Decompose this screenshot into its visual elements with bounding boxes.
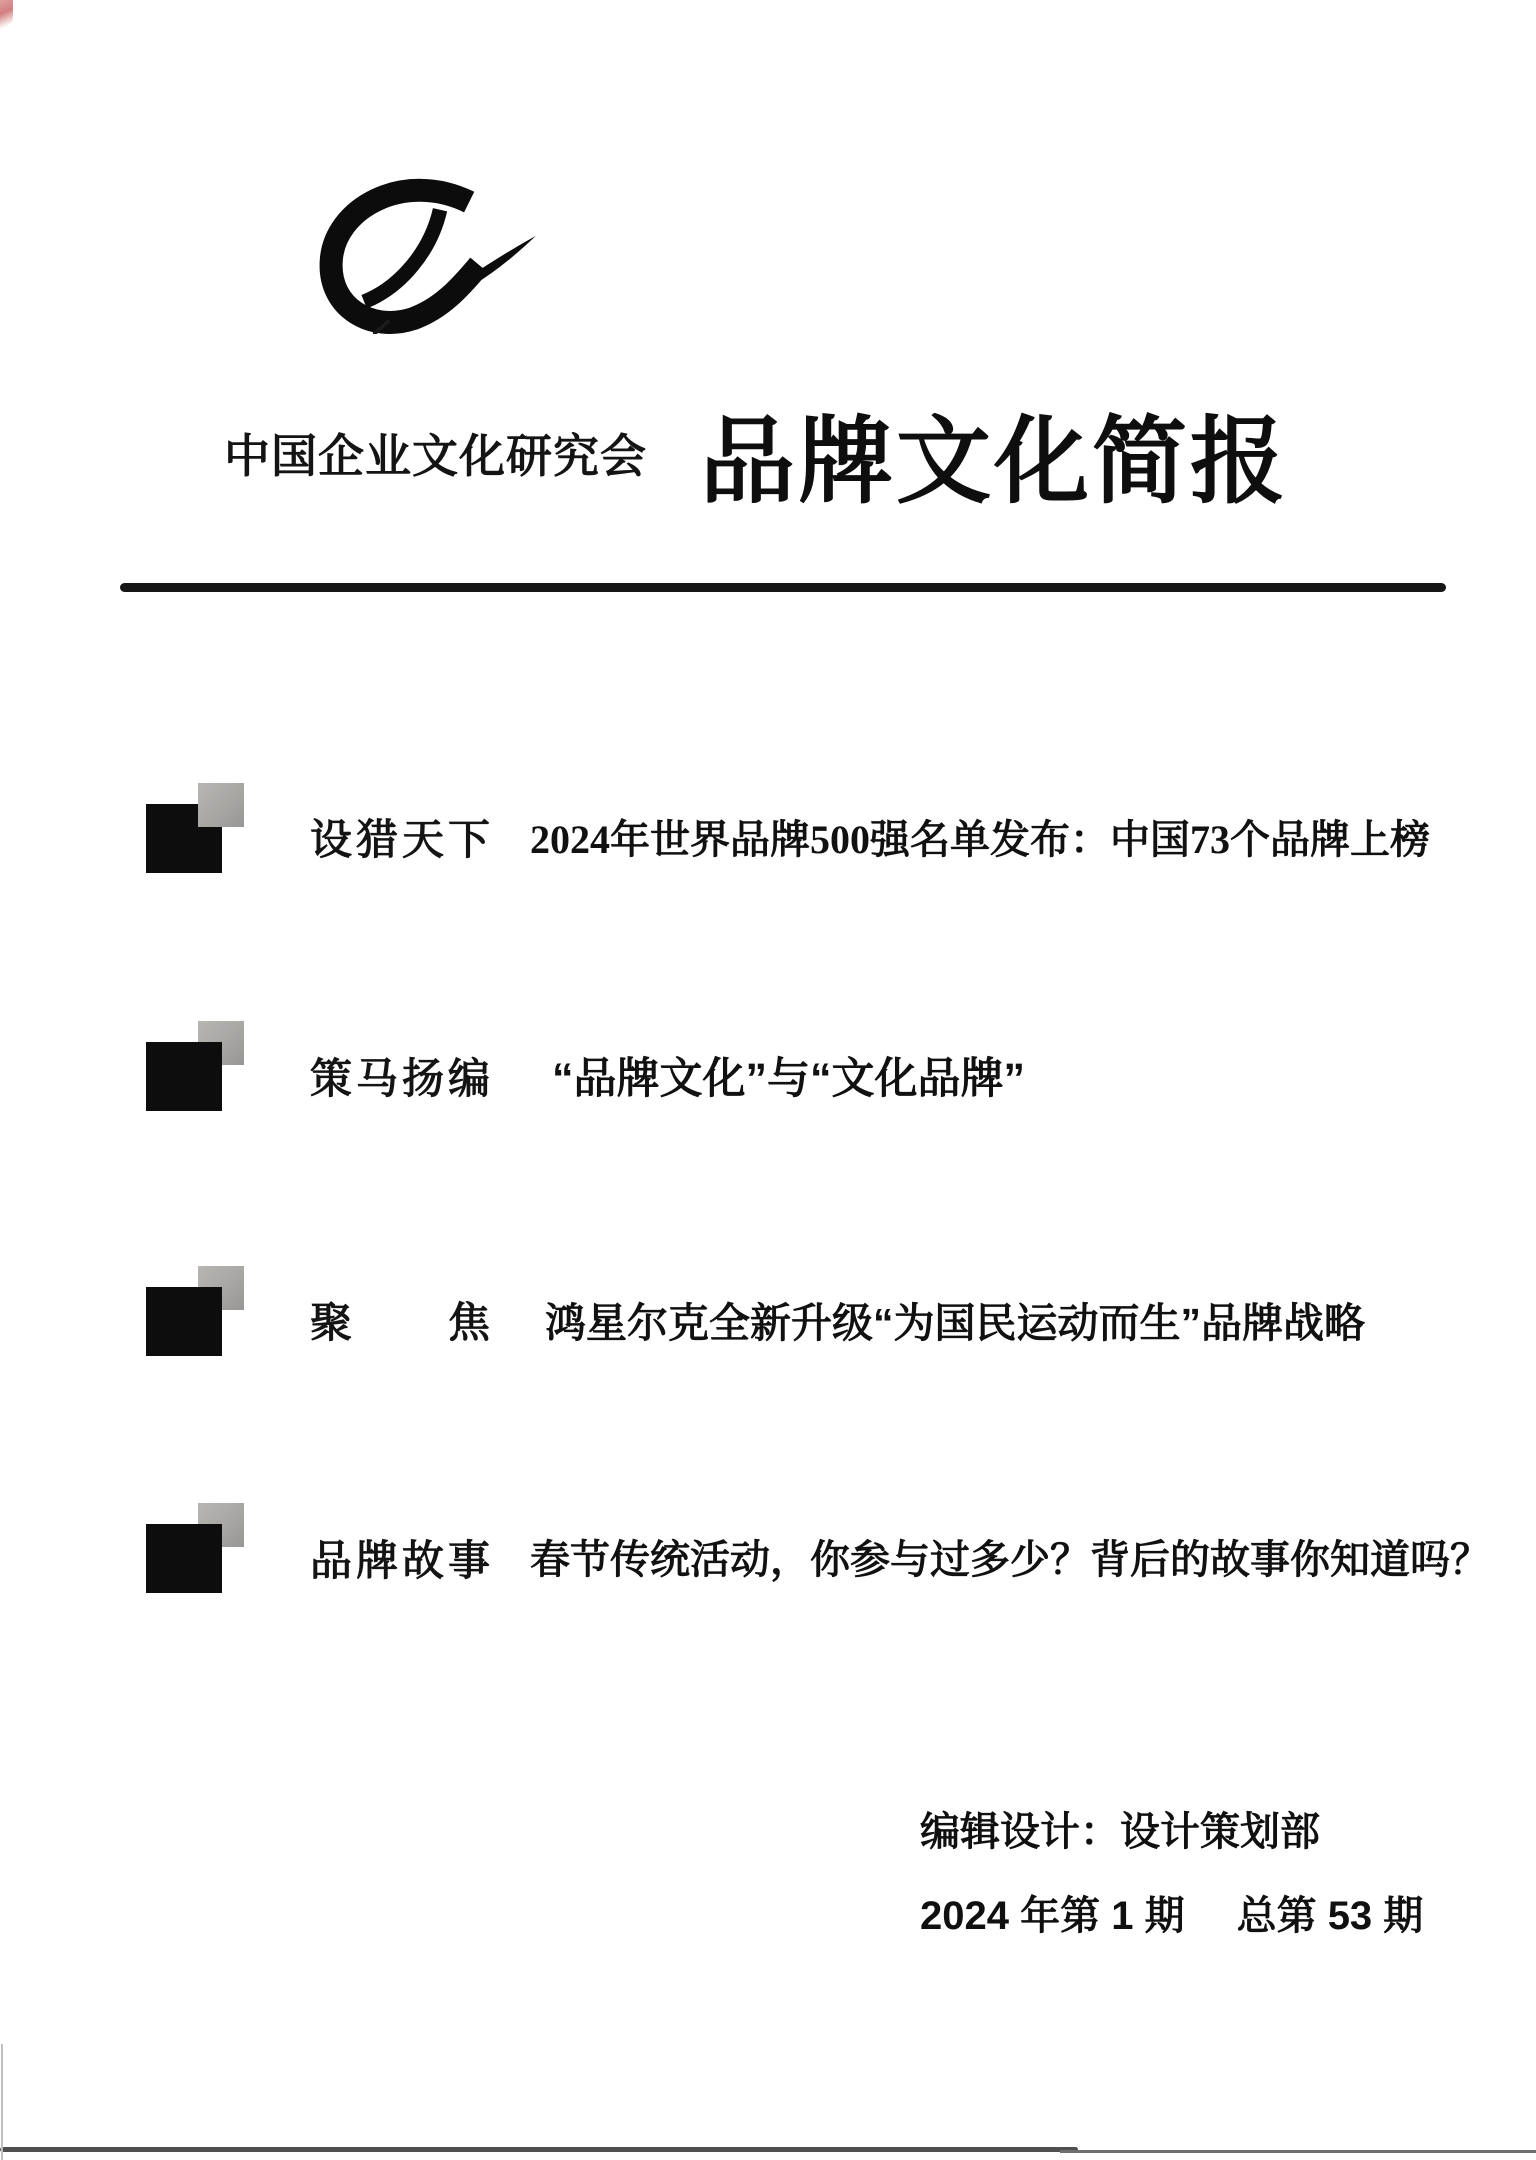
scan-bottom-edge xyxy=(0,2147,1078,2152)
toc-headline: 2024年世界品牌500强名单发布：中国73个品牌上榜 xyxy=(530,818,1430,862)
toc-section-label: 设猎天下 xyxy=(310,820,494,862)
red-pen-corner-mark xyxy=(0,0,13,30)
toc-section-label: 策马扬编 xyxy=(310,1058,494,1100)
toc-section-label: 聚 焦 xyxy=(310,1303,494,1345)
black-square xyxy=(146,1287,222,1356)
toc-headline: 鸿星尔克全新升级“为国民运动而生”品牌战略 xyxy=(545,1301,1365,1346)
scan-bottom-edge xyxy=(1060,2150,1536,2153)
toc-row-3: 聚 焦 鸿星尔克全新升级“为国民运动而生”品牌战略 xyxy=(0,1263,1536,1385)
toc-headline: 春节传统活动，你参与过多少？背后的故事你知道吗？ xyxy=(530,1538,1490,1582)
brush-e-logo xyxy=(312,176,542,339)
scanned-newsletter-cover: 中国企业文化研究会 品牌文化简报 设猎天下 2024年世界品牌500强名单发布：… xyxy=(0,0,1536,2160)
overlapping-squares-icon xyxy=(0,1500,260,1622)
scan-left-edge xyxy=(1,2044,3,2160)
black-square xyxy=(146,1042,222,1111)
issue-number: 2024 年第 1 期 xyxy=(920,1884,1185,1941)
org-name: 中国企业文化研究会 xyxy=(224,420,647,486)
toc-headline: “品牌文化”与“文化品牌” xyxy=(552,1056,1025,1103)
page-title: 品牌文化简报 xyxy=(700,386,1288,522)
toc-row-2: 策马扬编 “品牌文化”与“文化品牌” xyxy=(0,1018,1536,1140)
volume-number: 总第 53 期 xyxy=(1237,1884,1424,1941)
overlapping-squares-icon xyxy=(0,1263,260,1385)
overlapping-squares-icon xyxy=(0,780,260,902)
editor-credit: 编辑设计：设计策划部 xyxy=(920,1800,1320,1857)
overlapping-squares-icon xyxy=(0,1018,260,1140)
toc-row-4: 品牌故事 春节传统活动，你参与过多少？背后的故事你知道吗？ xyxy=(0,1500,1536,1622)
brush-e-logo-svg xyxy=(312,176,542,334)
toc-section-label: 品牌故事 xyxy=(310,1540,494,1582)
black-square xyxy=(146,1524,222,1593)
issue-line: 2024 年第 1 期 总第 53 期 xyxy=(920,1884,1423,1941)
toc-row-1: 设猎天下 2024年世界品牌500强名单发布：中国73个品牌上榜 xyxy=(0,780,1536,902)
gray-square xyxy=(198,783,244,827)
header-divider-rule xyxy=(120,583,1446,592)
